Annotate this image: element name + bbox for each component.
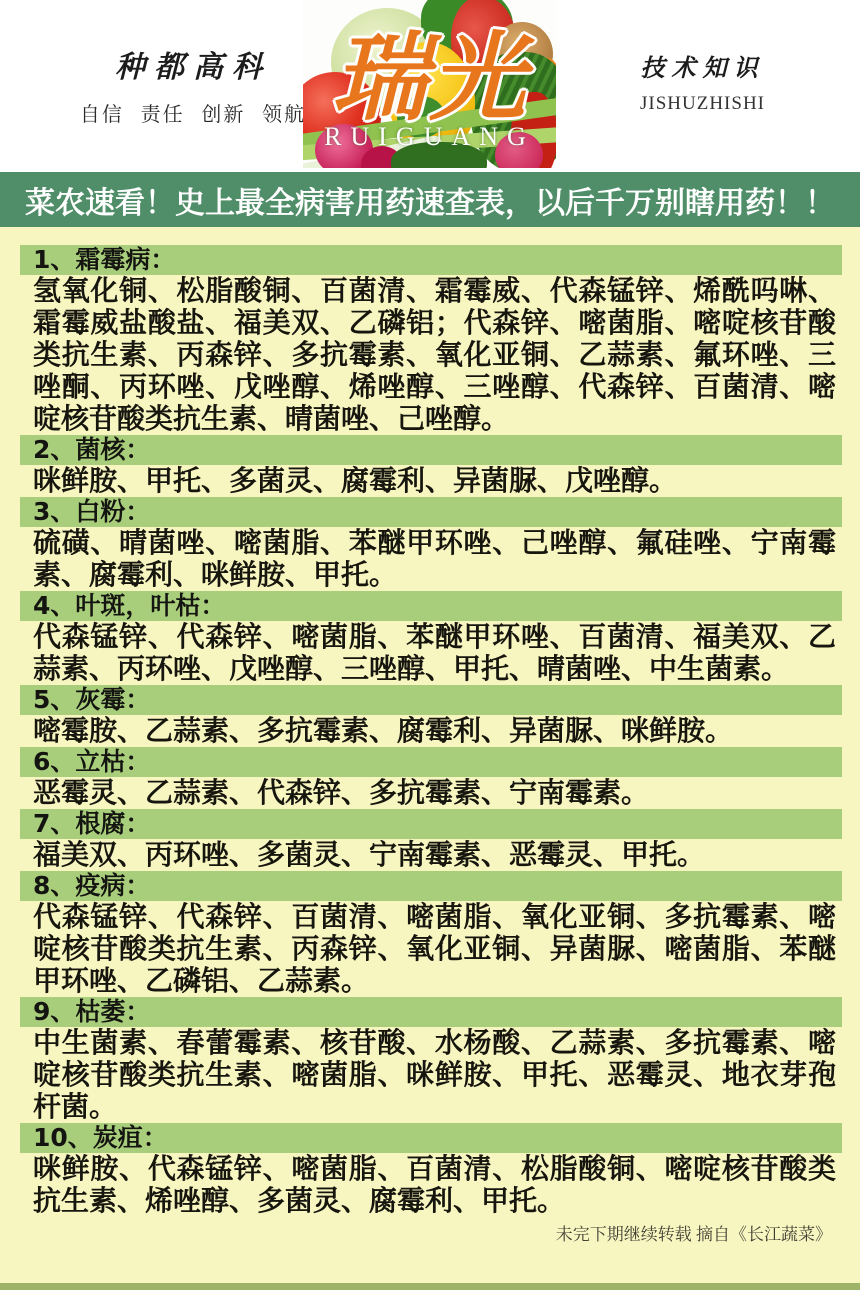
logo-pinyin: RUIGUANG <box>303 122 556 152</box>
bottom-border-strip <box>0 1283 860 1290</box>
title-banner: 菜农速看！史上最全病害用药速查表，以后千万别瞎用药！！ <box>0 172 860 227</box>
brand-right-subtitle: JISHUZHISHI <box>615 93 790 115</box>
disease-drug-list: 嘧霉胺、乙蒜素、多抗霉素、腐霉利、异菌脲、咪鲜胺。 <box>20 715 842 747</box>
brand-right: 技术知识 JISHUZHISHI <box>615 48 790 115</box>
disease-drug-list: 硫磺、晴菌唑、嘧菌脂、苯醚甲环唑、己唑醇、氟硅唑、宁南霉素、腐霉利、咪鲜胺、甲托… <box>20 527 842 591</box>
brand-right-title: 技术知识 <box>615 48 790 83</box>
disease-section: 8、疫病： 代森锰锌、代森锌、百菌清、嘧菌脂、氧化亚铜、多抗霉素、嘧啶核苷酸类抗… <box>20 871 842 997</box>
disease-header: 8、疫病： <box>20 871 842 901</box>
brand-left-name: 种都高科 <box>78 42 308 86</box>
disease-drug-list: 咪鲜胺、代森锰锌、嘧菌脂、百菌清、松脂酸铜、嘧啶核苷酸类抗生素、烯唑醇、多菌灵、… <box>20 1153 842 1217</box>
disease-list: 1、霜霉病： 氢氧化铜、松脂酸铜、百菌清、霜霉威、代森锰锌、烯酰吗啉、霜霉威盐酸… <box>0 227 860 1245</box>
disease-section: 5、灰霉： 嘧霉胺、乙蒜素、多抗霉素、腐霉利、异菌脲、咪鲜胺。 <box>20 685 842 747</box>
disease-header: 7、根腐： <box>20 809 842 839</box>
disease-section: 7、根腐： 福美双、丙环唑、多菌灵、宁南霉素、恶霉灵、甲托。 <box>20 809 842 871</box>
brand-left-slogan: 自信 责任 创新 领航 <box>78 98 308 127</box>
disease-drug-list: 中生菌素、春蕾霉素、核苷酸、水杨酸、乙蒜素、多抗霉素、嘧啶核苷酸类抗生素、嘧菌脂… <box>20 1027 842 1123</box>
disease-header: 10、炭疽： <box>20 1123 842 1153</box>
brand-left: 种都高科 自信 责任 创新 领航 <box>78 42 308 127</box>
disease-drug-list: 氢氧化铜、松脂酸铜、百菌清、霜霉威、代森锰锌、烯酰吗啉、霜霉威盐酸盐、福美双、乙… <box>20 275 842 435</box>
disease-header: 4、叶斑，叶枯： <box>20 591 842 621</box>
pesticide-poster: 种都高科 自信 责任 创新 领航 瑞光 RUIGUANG <box>0 0 860 1290</box>
disease-header: 5、灰霉： <box>20 685 842 715</box>
disease-section: 4、叶斑，叶枯： 代森锰锌、代森锌、嘧菌脂、苯醚甲环唑、百菌清、福美双、乙蒜素、… <box>20 591 842 685</box>
logo-chinese: 瑞光 <box>303 28 556 128</box>
disease-section: 1、霜霉病： 氢氧化铜、松脂酸铜、百菌清、霜霉威、代森锰锌、烯酰吗啉、霜霉威盐酸… <box>20 245 842 435</box>
disease-header: 9、枯萎： <box>20 997 842 1027</box>
footer-note: 未完下期继续转载 摘自《长江蔬菜》 <box>20 1220 842 1245</box>
disease-section: 6、立枯： 恶霉灵、乙蒜素、代森锌、多抗霉素、宁南霉素。 <box>20 747 842 809</box>
disease-section: 9、枯萎： 中生菌素、春蕾霉素、核苷酸、水杨酸、乙蒜素、多抗霉素、嘧啶核苷酸类抗… <box>20 997 842 1123</box>
disease-drug-list: 恶霉灵、乙蒜素、代森锌、多抗霉素、宁南霉素。 <box>20 777 842 809</box>
disease-section: 2、菌核： 咪鲜胺、甲托、多菌灵、腐霉利、异菌脲、戊唑醇。 <box>20 435 842 497</box>
disease-header: 3、白粉： <box>20 497 842 527</box>
disease-drug-list: 咪鲜胺、甲托、多菌灵、腐霉利、异菌脲、戊唑醇。 <box>20 465 842 497</box>
poster-header: 种都高科 自信 责任 创新 领航 瑞光 RUIGUANG <box>0 0 860 172</box>
disease-drug-list: 代森锰锌、代森锌、百菌清、嘧菌脂、氧化亚铜、多抗霉素、嘧啶核苷酸类抗生素、丙森锌… <box>20 901 842 997</box>
disease-drug-list: 代森锰锌、代森锌、嘧菌脂、苯醚甲环唑、百菌清、福美双、乙蒜素、丙环唑、戊唑醇、三… <box>20 621 842 685</box>
disease-section: 3、白粉： 硫磺、晴菌唑、嘧菌脂、苯醚甲环唑、己唑醇、氟硅唑、宁南霉素、腐霉利、… <box>20 497 842 591</box>
disease-header: 2、菌核： <box>20 435 842 465</box>
vegetables-photo: 瑞光 RUIGUANG <box>303 0 556 168</box>
disease-header: 1、霜霉病： <box>20 245 842 275</box>
disease-drug-list: 福美双、丙环唑、多菌灵、宁南霉素、恶霉灵、甲托。 <box>20 839 842 871</box>
disease-header: 6、立枯： <box>20 747 842 777</box>
poster-title: 菜农速看！史上最全病害用药速查表，以后千万别瞎用药！！ <box>25 178 835 222</box>
disease-section: 10、炭疽： 咪鲜胺、代森锰锌、嘧菌脂、百菌清、松脂酸铜、嘧啶核苷酸类抗生素、烯… <box>20 1123 842 1217</box>
